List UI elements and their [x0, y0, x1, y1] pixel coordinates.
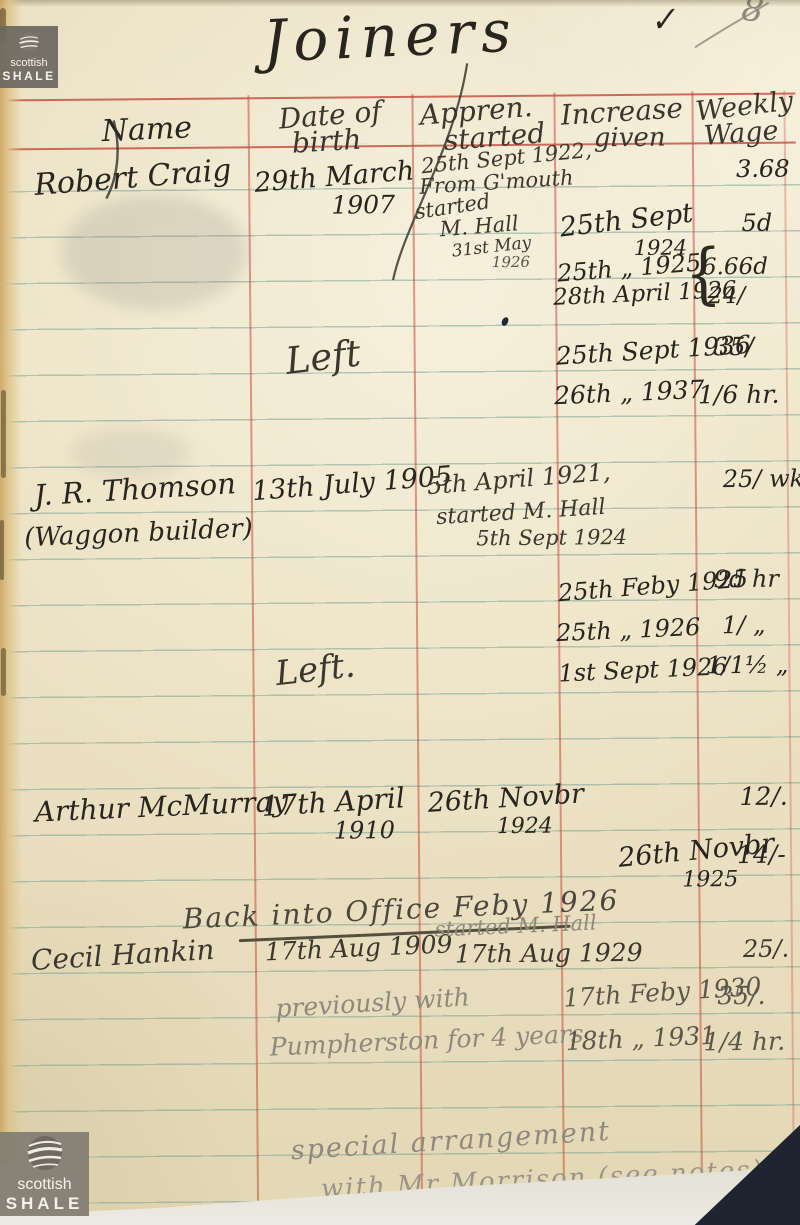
craig-left-label: Left: [284, 335, 363, 382]
hankin-apprenticeship-line2: 17th Aug 1929: [455, 940, 643, 968]
watermark-line1: scottish: [10, 57, 47, 69]
show-through-smudge: [70, 428, 190, 478]
thomson-apprenticeship-line3: 5th Sept 1924: [476, 526, 627, 549]
ledger-page: Joiners ✓ 8 Name Date of birth Appren. s…: [0, 0, 800, 1225]
tick-mark: ✓: [647, 2, 678, 39]
gutter-shadow: [0, 520, 4, 580]
hankin-increase-1-amount: 35/.: [717, 983, 765, 1010]
craig-increase-2-amount: 6.66d: [702, 255, 768, 280]
column-header-wage-line2: Wage: [703, 117, 780, 151]
craig-apprenticeship-line6: 1926: [492, 255, 530, 271]
watermark-line2: SHALE: [6, 1194, 84, 1214]
gutter-shadow: [1, 390, 6, 478]
thomson-increase-2-amount: 1/ „: [722, 613, 766, 639]
hankin-increase-2-amount: 1/4 hr.: [704, 1029, 786, 1056]
craig-left-2-amount: 1/6 hr.: [698, 382, 780, 409]
page-gutter: [0, 0, 22, 1165]
mcmurray-increase-1-amount: 14/-: [737, 842, 786, 869]
thomson-left-amount: 1/1½ „: [706, 653, 788, 679]
mcmurray-apprenticeship-line2: 1924: [497, 815, 553, 839]
thomson-left-label: Left.: [274, 648, 357, 692]
mcmurray-increase-1-year: 1925: [682, 868, 738, 892]
watermark-bottom: scottish SHALE: [0, 1132, 89, 1216]
craig-increase-3-amount: 24/: [708, 284, 745, 308]
mcmurray-weekly-wage: 12/.: [739, 784, 787, 811]
thomson-weekly-wage: 25/ wk: [723, 466, 800, 492]
watermark-line1: scottish: [17, 1176, 71, 1194]
hankin-weekly-wage: 25/.: [743, 937, 789, 963]
column-header-increase-line2: given: [594, 125, 666, 153]
globe-icon: [19, 32, 39, 57]
hankin-increase-2-date: 18th „ 1931: [565, 1023, 716, 1056]
watermark-line2: SHALE: [2, 69, 55, 83]
column-header-name: Name: [101, 112, 193, 147]
craig-dob-line2: 1907: [331, 192, 395, 219]
craig-weekly-wage: 3.68: [736, 157, 790, 183]
column-header-dob-line2: birth: [291, 125, 362, 159]
craig-left-2-date: 26th „ 1937: [554, 377, 705, 410]
thomson-increase-1-amount: 9d hr: [714, 567, 779, 593]
craig-left-1-amount: 35/: [714, 334, 754, 361]
globe-icon: [27, 1135, 63, 1176]
thomson-increase-2-date: 25th „ 1926: [556, 615, 701, 646]
page-title: Joiners: [262, 1, 519, 73]
show-through-smudge: [62, 195, 247, 310]
gutter-shadow: [1, 648, 6, 696]
mcmurray-dob-line2: 1910: [334, 818, 395, 844]
watermark-top: scottish SHALE: [0, 26, 58, 88]
craig-increase-1-amount: 5d: [741, 211, 772, 236]
ruled-lines-layer: Joiners ✓ 8 Name Date of birth Appren. s…: [0, 0, 800, 1225]
scan-top-edge: [0, 0, 800, 7]
